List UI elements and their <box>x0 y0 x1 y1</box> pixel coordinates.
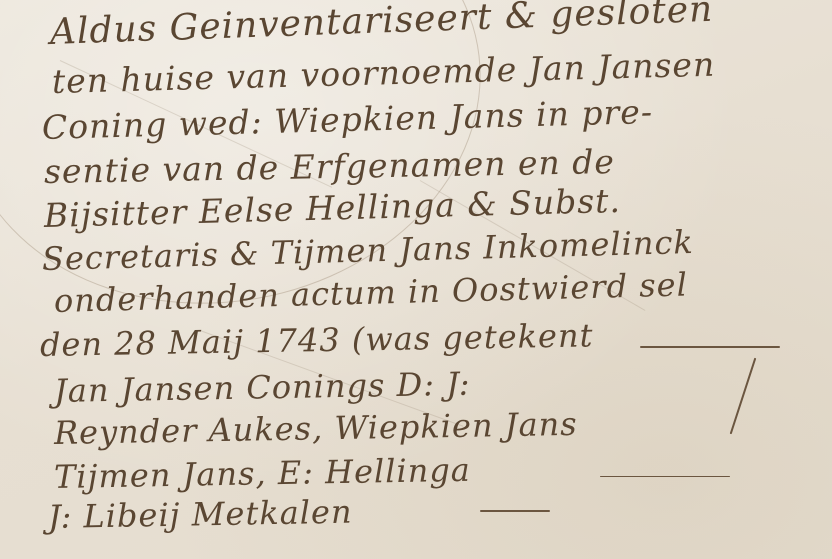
manuscript-line-9: Jan Jansen Conings D: J: <box>54 365 471 410</box>
manuscript-line-8: den 28 Maij 1743 (was getekent <box>40 316 594 364</box>
line-end-flourish <box>480 510 550 512</box>
line-end-flourish <box>640 346 780 348</box>
manuscript-line-10: Reynder Aukes, Wiepkien Jans <box>54 405 578 452</box>
manuscript-line-11: Tijmen Jans, E: Hellinga <box>54 451 471 496</box>
margin-bracket-stroke <box>730 358 757 435</box>
manuscript-line-12: J: Libeij Metkalen <box>48 493 353 536</box>
manuscript-page: Aldus Geinventariseert & gesloten ten hu… <box>0 0 832 559</box>
line-end-flourish <box>600 476 730 477</box>
